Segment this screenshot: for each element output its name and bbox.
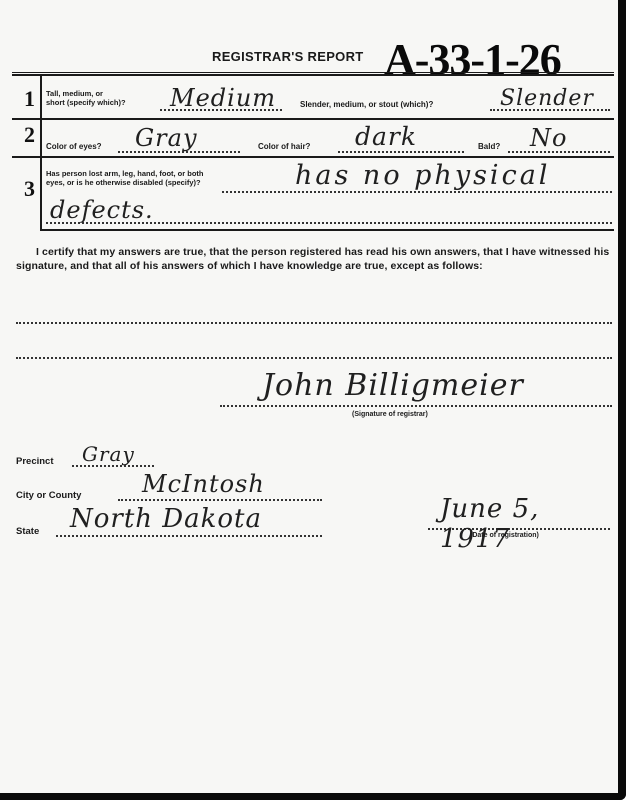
date-caption: (Date of registration) bbox=[470, 532, 539, 539]
build-label: Slender, medium, or stout (which)? bbox=[300, 100, 433, 109]
row-number-3: 3 bbox=[24, 176, 35, 202]
height-label-line2: short (specify which)? bbox=[46, 98, 126, 107]
precinct-label: Precinct bbox=[16, 456, 54, 467]
disability-value-line2[interactable]: defects. bbox=[50, 196, 154, 224]
hair-color-field-line bbox=[338, 151, 464, 153]
city-county-label: City or County bbox=[16, 490, 81, 501]
state-value[interactable]: North Dakota bbox=[70, 504, 262, 534]
registrar-signature[interactable]: John Billigmeier bbox=[262, 368, 524, 403]
eye-color-label: Color of eyes? bbox=[46, 142, 102, 151]
row-divider-2 bbox=[12, 156, 614, 158]
hair-color-label: Color of hair? bbox=[258, 142, 310, 151]
height-value[interactable]: Medium bbox=[170, 84, 276, 112]
disability-field-line-1 bbox=[222, 191, 612, 193]
disability-label-line1: Has person lost arm, leg, hand, foot, or… bbox=[46, 169, 204, 178]
exceptions-line-1 bbox=[16, 322, 612, 324]
certification-statement: I certify that my answers are true, that… bbox=[16, 245, 616, 273]
row-number-divider bbox=[40, 74, 42, 230]
bald-value[interactable]: No bbox=[530, 124, 567, 152]
hair-color-value[interactable]: dark bbox=[355, 122, 417, 151]
certification-text: I certify that my answers are true, that… bbox=[16, 246, 609, 272]
bald-label: Bald? bbox=[478, 142, 500, 151]
precinct-value[interactable]: Gray bbox=[82, 442, 135, 466]
row-number-1: 1 bbox=[24, 86, 35, 112]
height-label-line1: Tall, medium, or bbox=[46, 89, 126, 98]
state-field-line bbox=[56, 535, 322, 537]
document-title: REGISTRAR'S REPORT bbox=[212, 49, 364, 64]
signature-line bbox=[220, 405, 612, 407]
row-number-2: 2 bbox=[24, 122, 35, 148]
height-label: Tall, medium, or short (specify which)? bbox=[46, 89, 126, 107]
disability-label: Has person lost arm, leg, hand, foot, or… bbox=[46, 169, 204, 187]
row-divider-1 bbox=[12, 118, 614, 120]
state-label: State bbox=[16, 526, 39, 537]
signature-caption: (Signature of registrar) bbox=[352, 411, 428, 418]
disability-label-line2: eyes, or is he otherwise disabled (speci… bbox=[46, 178, 204, 187]
table-bottom-rule bbox=[40, 229, 614, 231]
eye-color-value[interactable]: Gray bbox=[135, 124, 198, 152]
disability-value-line1[interactable]: has no physical bbox=[295, 160, 550, 191]
city-county-value[interactable]: McIntosh bbox=[142, 470, 265, 498]
city-county-field-line bbox=[118, 499, 322, 501]
registrar-report-card: REGISTRAR'S REPORT A-33-1-26 1 Tall, med… bbox=[0, 0, 626, 800]
table-top-rule bbox=[12, 72, 614, 76]
build-value[interactable]: Slender bbox=[500, 86, 594, 111]
exceptions-line-2 bbox=[16, 357, 612, 359]
registration-date[interactable]: June 5, 1917 bbox=[440, 494, 618, 554]
